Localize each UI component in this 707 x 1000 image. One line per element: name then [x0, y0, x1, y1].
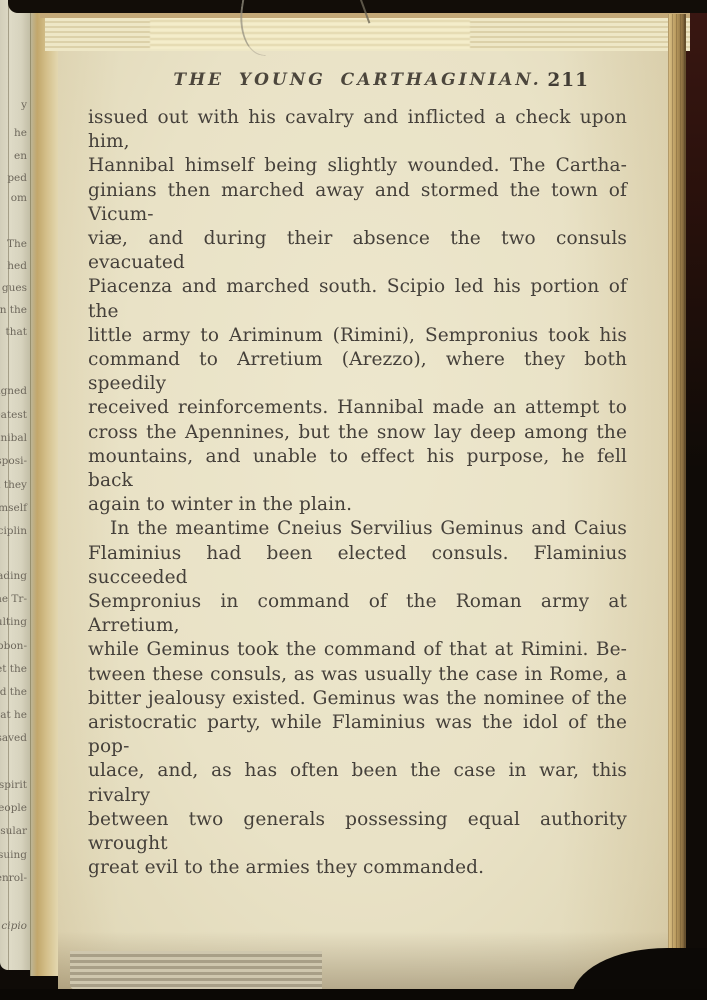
text-line: viæ, and during their absence the two co…	[88, 227, 627, 275]
running-head: THE YOUNG CARTHAGINIAN. 211	[88, 70, 627, 96]
running-title: THE YOUNG CARTHAGINIAN.	[88, 70, 627, 90]
text-line: Piacenza and marched south. Scipio led h…	[88, 275, 627, 323]
opposite-page-edge: yheenpedomThehedguesn thethatsignedreate…	[0, 0, 30, 970]
opposite-page-text-fragment: om	[11, 192, 27, 204]
scan-background-bottom	[0, 989, 707, 1000]
text-line: issued out with his cavalry and inflicte…	[88, 106, 627, 154]
opposite-page-text-fragment: isposi-	[0, 455, 27, 467]
opposite-page-text-fragment: gues	[2, 282, 27, 294]
opposite-page-text-fragment: y	[21, 99, 27, 111]
opposite-page-text-fragment: he	[14, 127, 27, 139]
opposite-page-text-fragment: nnibal	[0, 432, 27, 444]
text-line: Sempronius in command of the Roman army …	[88, 590, 627, 638]
opposite-page-text-fragment: e people	[0, 802, 27, 814]
opposite-page-text-fragment: he spirit	[0, 779, 27, 791]
right-page-edge-stack	[668, 14, 686, 970]
opposite-page-text-fragment: sciplin	[0, 525, 27, 537]
text-line: received reinforcements. Hannibal made a…	[88, 396, 627, 420]
text-line: cross the Apennines, but the snow lay de…	[88, 421, 627, 445]
opposite-page-text-fragment: reatest	[0, 409, 27, 421]
opposite-page-text-fragment: onsular	[0, 825, 27, 837]
text-line: Flaminius had been elected consuls. Flam…	[88, 542, 627, 590]
opposite-page-text-fragment: set the	[0, 663, 27, 675]
scan-background-top	[8, 0, 707, 13]
book-page: THE YOUNG CARTHAGINIAN. 211 issued out w…	[58, 13, 668, 990]
page-number: 211	[547, 70, 589, 91]
opposite-page-text-fragment: en	[14, 150, 27, 162]
opposite-page-text-fragment: h they	[0, 479, 27, 491]
opposite-page-text-fragment: himself	[0, 502, 27, 514]
text-line: tween these consuls, as was usually the …	[88, 663, 627, 687]
scanned-book-page: yheenpedomThehedguesn thethatsignedreate…	[0, 0, 707, 1000]
opposite-page-text-fragment: that he	[0, 709, 27, 721]
text-line: bitter jealousy existed. Geminus was the…	[88, 687, 627, 711]
text-line: Hannibal himself being slightly wounded.…	[88, 154, 627, 178]
opposite-page-text-fragment: ubbon-	[0, 640, 27, 652]
opposite-page-text-fragment: xulting	[0, 616, 27, 628]
opposite-page-text-fragment: ped	[7, 172, 27, 184]
text-line: mountains, and unable to effect his purp…	[88, 445, 627, 493]
opposite-page-text-fragment: signed	[0, 385, 27, 397]
text-line: In the meantime Cneius Servilius Geminus…	[88, 517, 627, 541]
opposite-page-text-fragment: The	[7, 238, 27, 250]
text-line: little army to Ariminum (Rimini), Sempro…	[88, 324, 627, 348]
text-line: while Geminus took the command of that a…	[88, 638, 627, 662]
top-page-edge-highlight	[150, 16, 470, 49]
body-text: issued out with his cavalry and inflicte…	[88, 106, 627, 881]
text-line: great evil to the armies they commanded.	[88, 856, 627, 880]
opposite-page-text-fragment: that	[6, 326, 27, 338]
opposite-page-text-fragment: leading	[0, 570, 27, 582]
opposite-page-text-fragment: d saved	[0, 732, 27, 744]
text-line: between two generals possessing equal au…	[88, 808, 627, 856]
opposite-page-text-fragment: enrol-	[0, 872, 27, 884]
text-line: ulace, and, as has often been the case i…	[88, 759, 627, 807]
opposite-page-text-fragment: issuing	[0, 849, 27, 861]
opposite-page-text-fragment: n the	[0, 304, 27, 316]
opposite-page-text-fragment: llied the	[0, 686, 27, 698]
text-line: ginians then marched away and stormed th…	[88, 179, 627, 227]
bottom-page-edge-stack	[70, 951, 322, 990]
text-line: command to Arretium (Arezzo), where they…	[88, 348, 627, 396]
text-line: again to winter in the plain.	[88, 493, 627, 517]
text-line: aristocratic party, while Flaminius was …	[88, 711, 627, 759]
book-gutter	[30, 4, 59, 976]
opposite-page-text-fragment: he Tr-	[0, 593, 27, 605]
opposite-page-text-fragment: hed	[7, 260, 27, 272]
opposite-page-text-fragment: cipio	[1, 920, 27, 932]
